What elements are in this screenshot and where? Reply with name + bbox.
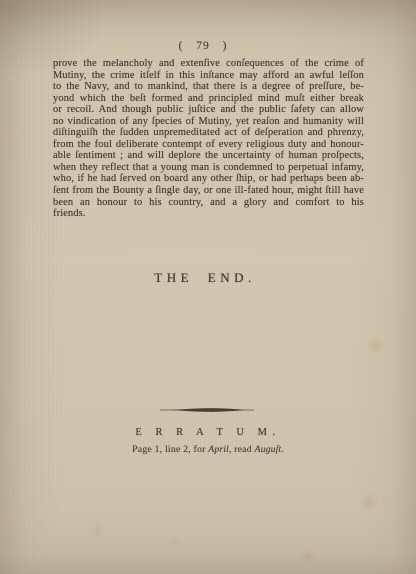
paragraph-line: able ſentiment ; and will deplore the un… xyxy=(53,150,364,162)
paragraph-line: prove the melancholy and extenſive conſe… xyxy=(53,58,364,70)
paper-stain xyxy=(296,546,320,566)
erratum-text: . xyxy=(281,444,284,455)
paragraph-line: no vindication of any ſpecies of Mutiny,… xyxy=(53,116,364,128)
swelled-rule-divider xyxy=(159,406,255,414)
erratum-italic-word: April xyxy=(208,444,229,455)
paragraph-line: or recoil. And though public juſtice and… xyxy=(53,104,364,116)
paragraph-line: when they reflect that a young man is co… xyxy=(53,162,364,174)
paragraph-line: to the Navy, and to mankind, that there … xyxy=(53,81,364,93)
erratum-italic-word: Auguſt xyxy=(254,444,281,455)
paragraph-line: who, if he had ſerved on board any other… xyxy=(53,173,364,185)
paper-stain xyxy=(86,522,108,540)
page-number: ( 79 ) xyxy=(0,40,406,52)
paragraph-line: ſent from the Bounty a ſingle day, or on… xyxy=(53,185,364,197)
scanned-book-page: ( 79 ) prove the melancholy and extenſiv… xyxy=(0,0,416,574)
body-paragraph: prove the melancholy and extenſive conſe… xyxy=(53,58,364,220)
paragraph-line: diſtinguiſh the ſudden unpremeditated ac… xyxy=(53,127,364,139)
paper-stain xyxy=(356,490,382,514)
paragraph-line: friends. xyxy=(53,208,364,220)
erratum-text: , read xyxy=(229,444,255,455)
paragraph-line: from the foul deliberate contempt of eve… xyxy=(53,139,364,151)
erratum-heading: E R R A T U M. xyxy=(0,427,416,438)
erratum-text: Page 1, line 2, for xyxy=(132,444,208,455)
paper-stain xyxy=(166,534,184,548)
paragraph-line: yond which the beſt formed and principle… xyxy=(53,93,364,105)
paragraph-line: been an honour to his country, and a glo… xyxy=(53,197,364,209)
erratum-note: Page 1, line 2, for April, read Auguſt. xyxy=(0,444,416,455)
the-end-heading: THE END. xyxy=(0,270,410,286)
paragraph-line: Mutiny, the crime itſelf in this inſtanc… xyxy=(53,70,364,82)
paper-stain xyxy=(362,334,390,358)
